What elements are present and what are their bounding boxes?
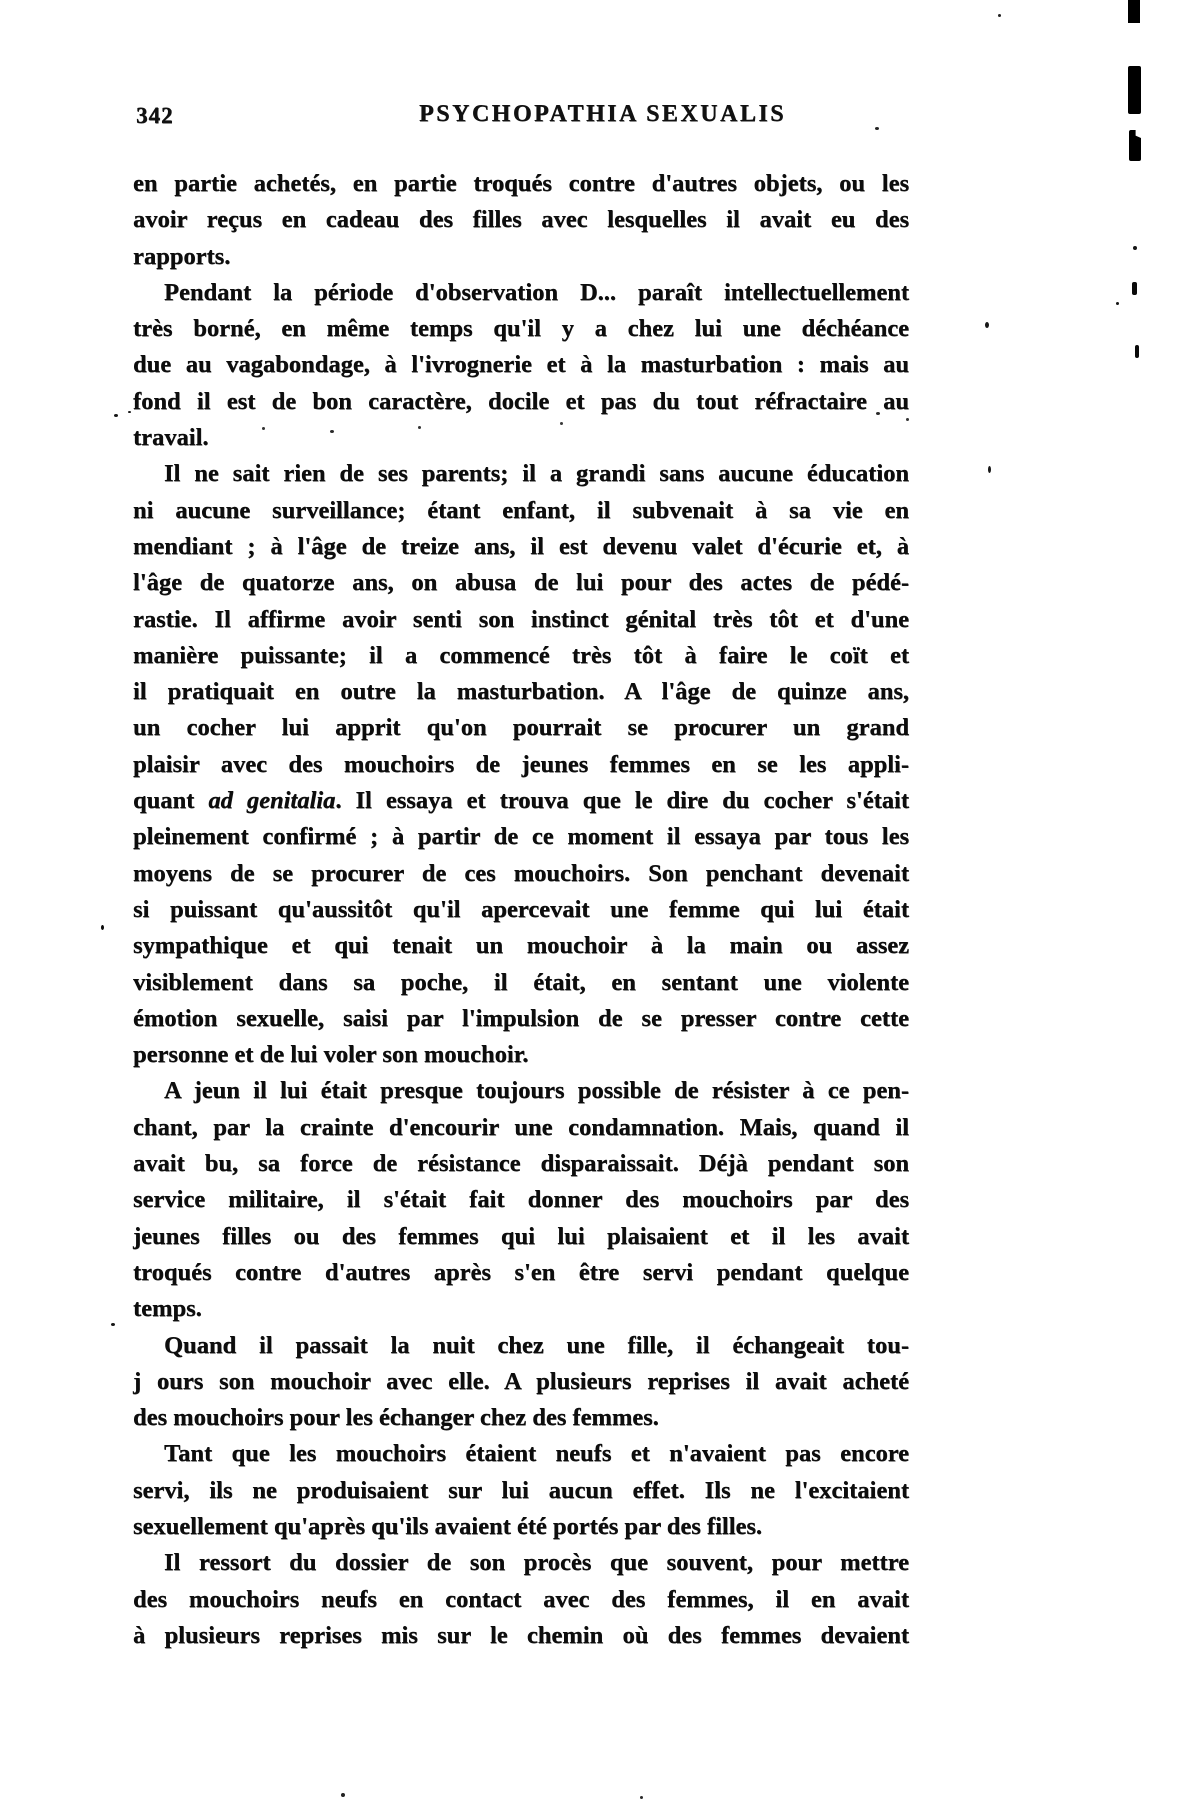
text-line: pleinement confirmé ; à partir de ce mom… — [133, 819, 909, 855]
ink-speck — [876, 412, 880, 415]
ink-speck — [985, 322, 989, 328]
text-line: avait bu, sa force de résistance dispara… — [133, 1146, 909, 1182]
text-segment: . Il essaya et trouva que le dire du coc… — [335, 787, 909, 814]
ink-mark — [1128, 66, 1141, 114]
text-line: très borné, en même temps qu'il y a chez… — [133, 311, 909, 347]
text-line: ni aucune surveillance; étant enfant, il… — [133, 493, 909, 529]
ink-mark — [1128, 0, 1140, 23]
ink-speck — [1116, 302, 1119, 305]
ink-speck — [128, 411, 131, 413]
text-line: émotion sexuelle, saisi par l'impulsion … — [133, 1001, 909, 1037]
ink-mark — [1135, 345, 1139, 358]
text-line: manière puissante; il a commencé très tô… — [133, 638, 909, 674]
ink-speck — [262, 427, 265, 430]
text-line: sexuellement qu'après qu'ils avaient été… — [133, 1509, 909, 1545]
text-line: sympathique et qui tenait un mouchoir à … — [133, 928, 909, 964]
ink-mark — [1129, 130, 1141, 161]
ink-speck — [906, 418, 909, 421]
ink-speck — [101, 925, 104, 930]
ink-speck — [560, 422, 563, 425]
ink-speck — [998, 14, 1001, 17]
text-line: j ours son mouchoir avec elle. A plusieu… — [133, 1364, 909, 1400]
text-line: un cocher lui apprit qu'on pourrait se p… — [133, 710, 909, 746]
text-line: jeunes filles ou des femmes qui lui plai… — [133, 1219, 909, 1255]
text-line: des mouchoirs neufs en contact avec des … — [133, 1582, 909, 1618]
text-line: fond il est de bon caractère, docile et … — [133, 384, 909, 420]
text-line: chant, par la crainte d'encourir une con… — [133, 1110, 909, 1146]
ink-speck — [875, 127, 879, 130]
text-line: mendiant ; à l'âge de treize ans, il est… — [133, 529, 909, 565]
text-line: l'âge de quatorze ans, on abusa de lui p… — [133, 565, 909, 601]
text-line: Tant que les mouchoirs étaient neufs et … — [133, 1436, 909, 1472]
text-line: Pendant la période d'observation D... pa… — [133, 275, 909, 311]
ink-speck — [341, 1793, 345, 1797]
ink-speck — [640, 1796, 643, 1799]
text-line: rapports. — [133, 239, 909, 275]
text-line: Il ressort du dossier de son procès que … — [133, 1545, 909, 1581]
text-line: à plusieurs reprises mis sur le chemin o… — [133, 1618, 909, 1654]
text-line: A jeun il lui était presque toujours pos… — [133, 1073, 909, 1109]
ink-speck — [111, 1323, 115, 1326]
book-page: 342 PSYCHOPATHIA SEXUALIS en partie ache… — [0, 0, 1200, 1800]
text-line: troqués contre d'autres après s'en être … — [133, 1255, 909, 1291]
ink-mark — [1132, 282, 1137, 295]
ink-speck — [1133, 246, 1137, 250]
body-text: en partie achetés, en partie troqués con… — [133, 166, 909, 1654]
text-line: en partie achetés, en partie troqués con… — [133, 166, 909, 202]
text-line: avoir reçus en cadeau des filles avec le… — [133, 202, 909, 238]
text-line: service militaire, il s'était fait donne… — [133, 1182, 909, 1218]
text-segment: quant — [133, 787, 208, 814]
text-line: servi, ils ne produisaient sur lui aucun… — [133, 1473, 909, 1509]
text-line: temps. — [133, 1291, 909, 1327]
text-line: Quand il passait la nuit chez une fille,… — [133, 1328, 909, 1364]
ink-speck — [330, 430, 334, 433]
text-line: plaisir avec des mouchoirs de jeunes fem… — [133, 747, 909, 783]
latin-phrase: ad genitalia — [208, 787, 335, 814]
text-line: personne et de lui voler son mouchoir. — [133, 1037, 909, 1073]
text-line: travail. — [133, 420, 909, 456]
text-line: rastie. Il affirme avoir senti son insti… — [133, 602, 909, 638]
text-line: visiblement dans sa poche, il était, en … — [133, 965, 909, 1001]
text-line: due au vagabondage, à l'ivrognerie et à … — [133, 347, 909, 383]
text-line: si puissant qu'aussitôt qu'il apercevait… — [133, 892, 909, 928]
text-line-with-latin-phrase: quant ad genitalia. Il essaya et trouva … — [133, 783, 909, 819]
page-number: 342 — [136, 103, 174, 129]
text-line: il pratiquait en outre la masturbation. … — [133, 674, 909, 710]
text-line: moyens de se procurer de ces mouchoirs. … — [133, 856, 909, 892]
text-line: des mouchoirs pour les échanger chez des… — [133, 1400, 909, 1436]
ink-speck — [114, 414, 118, 417]
running-title: PSYCHOPATHIA SEXUALIS — [419, 101, 786, 128]
ink-speck — [418, 426, 421, 429]
text-line: Il ne sait rien de ses parents; il a gra… — [133, 456, 909, 492]
ink-speck — [988, 466, 991, 473]
